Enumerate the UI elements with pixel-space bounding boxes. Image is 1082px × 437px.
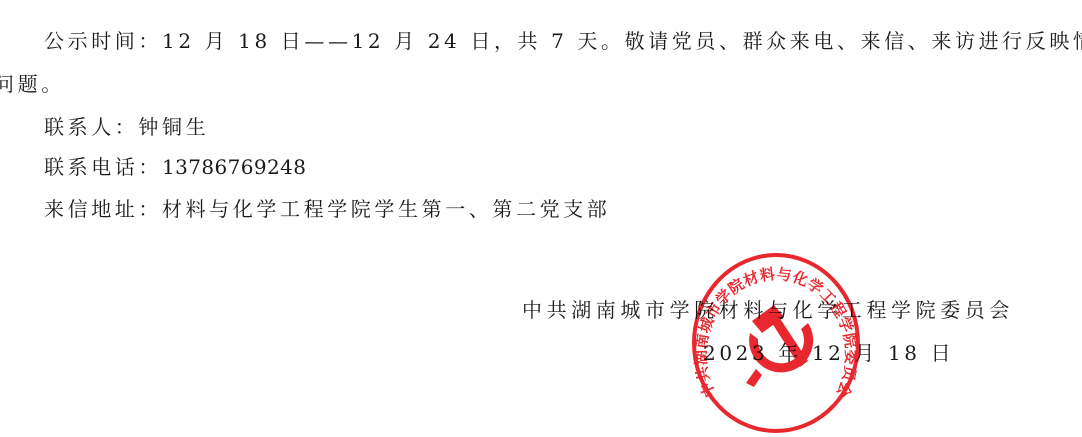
official-seal-stamp: 中共湖南城市学院材料与化学工程学院委员会 [690, 251, 862, 435]
notice-period-text-continued: 问题。 [0, 70, 65, 98]
contact-phone-value: 13786769248 [162, 155, 306, 179]
contact-phone-row: 联系电话：13786769248 [44, 153, 306, 181]
contact-person-label: 联系人： [44, 115, 138, 139]
mail-address-row: 来信地址：材料与化学工程学院学生第一、第二党支部 [44, 195, 610, 223]
contact-phone-label: 联系电话： [44, 155, 162, 179]
mail-address-label: 来信地址： [44, 197, 162, 221]
contact-person-value: 钟铜生 [138, 115, 209, 139]
stamp-text: 中共湖南城市学院材料与化学工程学院委员会 [692, 265, 860, 400]
contact-person-row: 联系人：钟铜生 [44, 113, 209, 141]
svg-text:中共湖南城市学院材料与化学工程学院委员会: 中共湖南城市学院材料与化学工程学院委员会 [692, 265, 860, 400]
mail-address-value: 材料与化学工程学院学生第一、第二党支部 [162, 197, 610, 221]
notice-period-text: 公示时间：12 月 18 日——12 月 24 日，共 7 天。敬请党员、群众来… [44, 27, 1082, 55]
hammer-and-sickle-icon [746, 305, 813, 387]
